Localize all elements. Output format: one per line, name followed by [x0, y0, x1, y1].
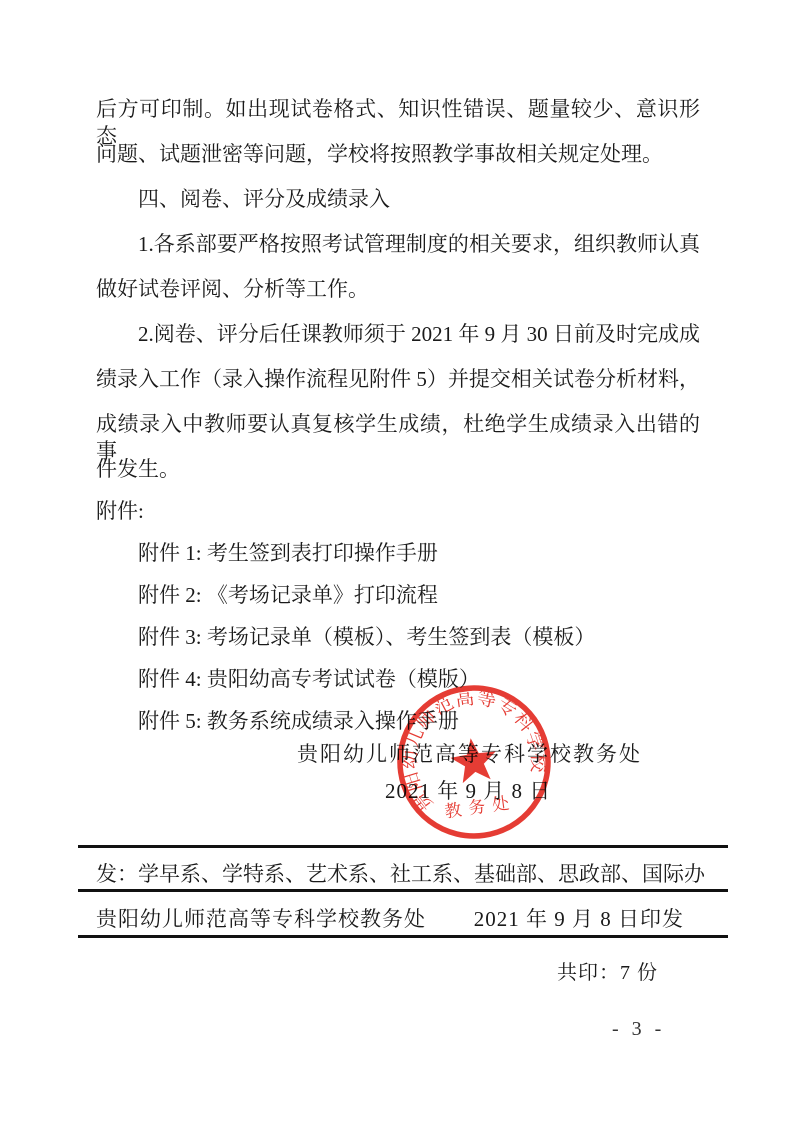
- attachment-item: 附件 4: 贵阳幼高专考试试卷（模版）: [96, 666, 700, 693]
- distribution-list: 发：学早系、学特系、艺术系、社工系、基础部、思政部、国际办: [96, 858, 700, 888]
- body-line: 2.阅卷、评分后任课教师须于 2021 年 9 月 30 日前及时完成成: [96, 321, 700, 348]
- document-page: 后方可印制。如出现试卷格式、知识性错误、题量较少、意识形态 问题、试题泄密等问题…: [0, 0, 793, 1122]
- footer-issuer: 贵阳幼儿师范高等专科学校教务处: [96, 903, 426, 933]
- signature-date: 2021 年 9 月 8 日: [385, 775, 551, 805]
- page-number: - 3 -: [612, 1018, 665, 1041]
- footer-row: 贵阳幼儿师范高等专科学校教务处 2021 年 9 月 8 日印发: [96, 903, 700, 933]
- footer-middle-rule: [78, 889, 728, 892]
- attachment-item: 附件 3: 考场记录单（模板）、考生签到表（模板）: [96, 624, 700, 651]
- body-line: 1.各系部要严格按照考试管理制度的相关要求，组织教师认真: [96, 231, 700, 258]
- attachment-item: 附件 5: 教务系统成绩录入操作手册: [96, 708, 700, 735]
- footer-top-rule: [78, 845, 728, 848]
- body-line: 件发生。: [96, 456, 700, 483]
- footer-issue-date: 2021 年 9 月 8 日印发: [474, 903, 700, 933]
- body-line: 做好试卷评阅、分析等工作。: [96, 276, 700, 303]
- body-line: 问题、试题泄密等问题，学校将按照教学事故相关规定处理。: [96, 141, 700, 168]
- attachment-item: 附件 1: 考生签到表打印操作手册: [96, 540, 700, 567]
- copies-count: 共印：7 份: [557, 956, 658, 985]
- attachment-item: 附件 2: 《考场记录单》打印流程: [96, 582, 700, 609]
- body-line: 绩录入工作（录入操作流程见附件 5）并提交相关试卷分析材料，: [96, 366, 700, 393]
- attachments-label: 附件:: [96, 498, 700, 525]
- footer-bottom-rule: [78, 935, 728, 938]
- signature-org: 贵阳幼儿师范高等专科学校教务处: [297, 738, 642, 768]
- section-heading: 四、阅卷、评分及成绩录入: [96, 186, 700, 213]
